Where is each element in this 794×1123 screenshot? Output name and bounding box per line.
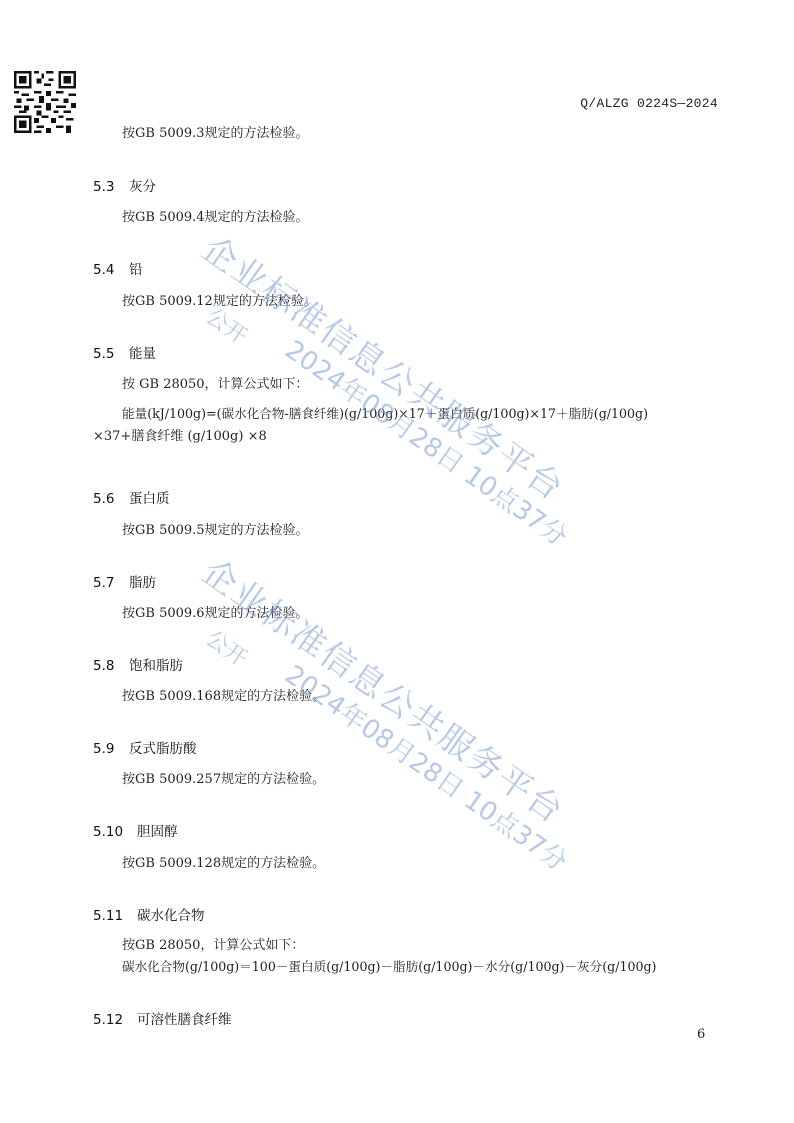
- method-text: 按GB 28050，计算公式如下：: [122, 934, 304, 953]
- section-number: 5.10: [93, 824, 137, 840]
- section-number: 5.4: [93, 262, 129, 278]
- section-title: 灰分: [129, 179, 156, 195]
- formula-line: 碳水化合物(g/100g)＝100－蛋白质(g/100g)－脂肪(g/100g)…: [122, 956, 656, 975]
- section-title: 饱和脂肪: [129, 658, 183, 674]
- method-text: 按GB 5009.3规定的方法检验。: [122, 122, 309, 141]
- page-number: 6: [697, 1027, 705, 1042]
- section-heading: 5.9反式脂肪酸: [93, 737, 197, 757]
- section-title: 铅: [129, 262, 143, 278]
- section-title: 能量: [129, 346, 156, 362]
- watermark-date: 2024年08月28日 10点37分: [279, 330, 576, 553]
- method-text: 按 GB 28050，计算公式如下：: [122, 373, 309, 392]
- section-title: 反式脂肪酸: [129, 741, 197, 757]
- section-title: 脂肪: [129, 575, 156, 591]
- section-number: 5.9: [93, 741, 129, 757]
- section-heading: 5.4铅: [93, 258, 143, 278]
- section-title: 可溶性膳食纤维: [137, 1012, 232, 1028]
- section-number: 5.6: [93, 491, 129, 507]
- method-text: 按GB 5009.128规定的方法检验。: [122, 852, 325, 871]
- section-number: 5.3: [93, 179, 129, 195]
- method-text: 按GB 5009.6规定的方法检验。: [122, 602, 309, 621]
- section-heading: 5.6蛋白质: [93, 487, 170, 507]
- section-number: 5.12: [93, 1012, 137, 1028]
- section-heading: 5.12可溶性膳食纤维: [93, 1008, 232, 1028]
- document-id: Q/ALZG 0224S—2024: [580, 96, 718, 111]
- formula-line: 能量(kJ/100g)=(碳水化合物-膳食纤维)(g/100g)×17＋蛋白质(…: [122, 403, 648, 422]
- section-title: 胆固醇: [137, 824, 178, 840]
- section-title: 蛋白质: [129, 491, 170, 507]
- section-heading: 5.7脂肪: [93, 571, 156, 591]
- method-text: 按GB 5009.168规定的方法检验。: [122, 685, 325, 704]
- section-number: 5.5: [93, 346, 129, 362]
- method-text: 按GB 5009.5规定的方法检验。: [122, 519, 309, 538]
- section-number: 5.8: [93, 658, 129, 674]
- section-number: 5.7: [93, 575, 129, 591]
- section-heading: 5.5能量: [93, 342, 156, 362]
- method-text: 按GB 5009.4规定的方法检验。: [122, 206, 309, 225]
- section-heading: 5.10胆固醇: [93, 820, 178, 840]
- qr-code-icon: [14, 71, 76, 133]
- watermark-public: 公开: [200, 622, 254, 673]
- section-heading: 5.11碳水化合物: [93, 904, 205, 924]
- method-text: 按GB 5009.257规定的方法检验。: [122, 768, 325, 787]
- section-number: 5.11: [93, 908, 137, 924]
- method-text: 按GB 5009.12规定的方法检验。: [122, 290, 317, 309]
- section-heading: 5.3灰分: [93, 175, 156, 195]
- formula-line: ×37+膳食纤维 (g/100g) ×8: [93, 425, 267, 444]
- watermark-title: 企业标准信息公共服务平台: [194, 222, 576, 510]
- section-title: 碳水化合物: [137, 908, 205, 924]
- section-heading: 5.8饱和脂肪: [93, 654, 183, 674]
